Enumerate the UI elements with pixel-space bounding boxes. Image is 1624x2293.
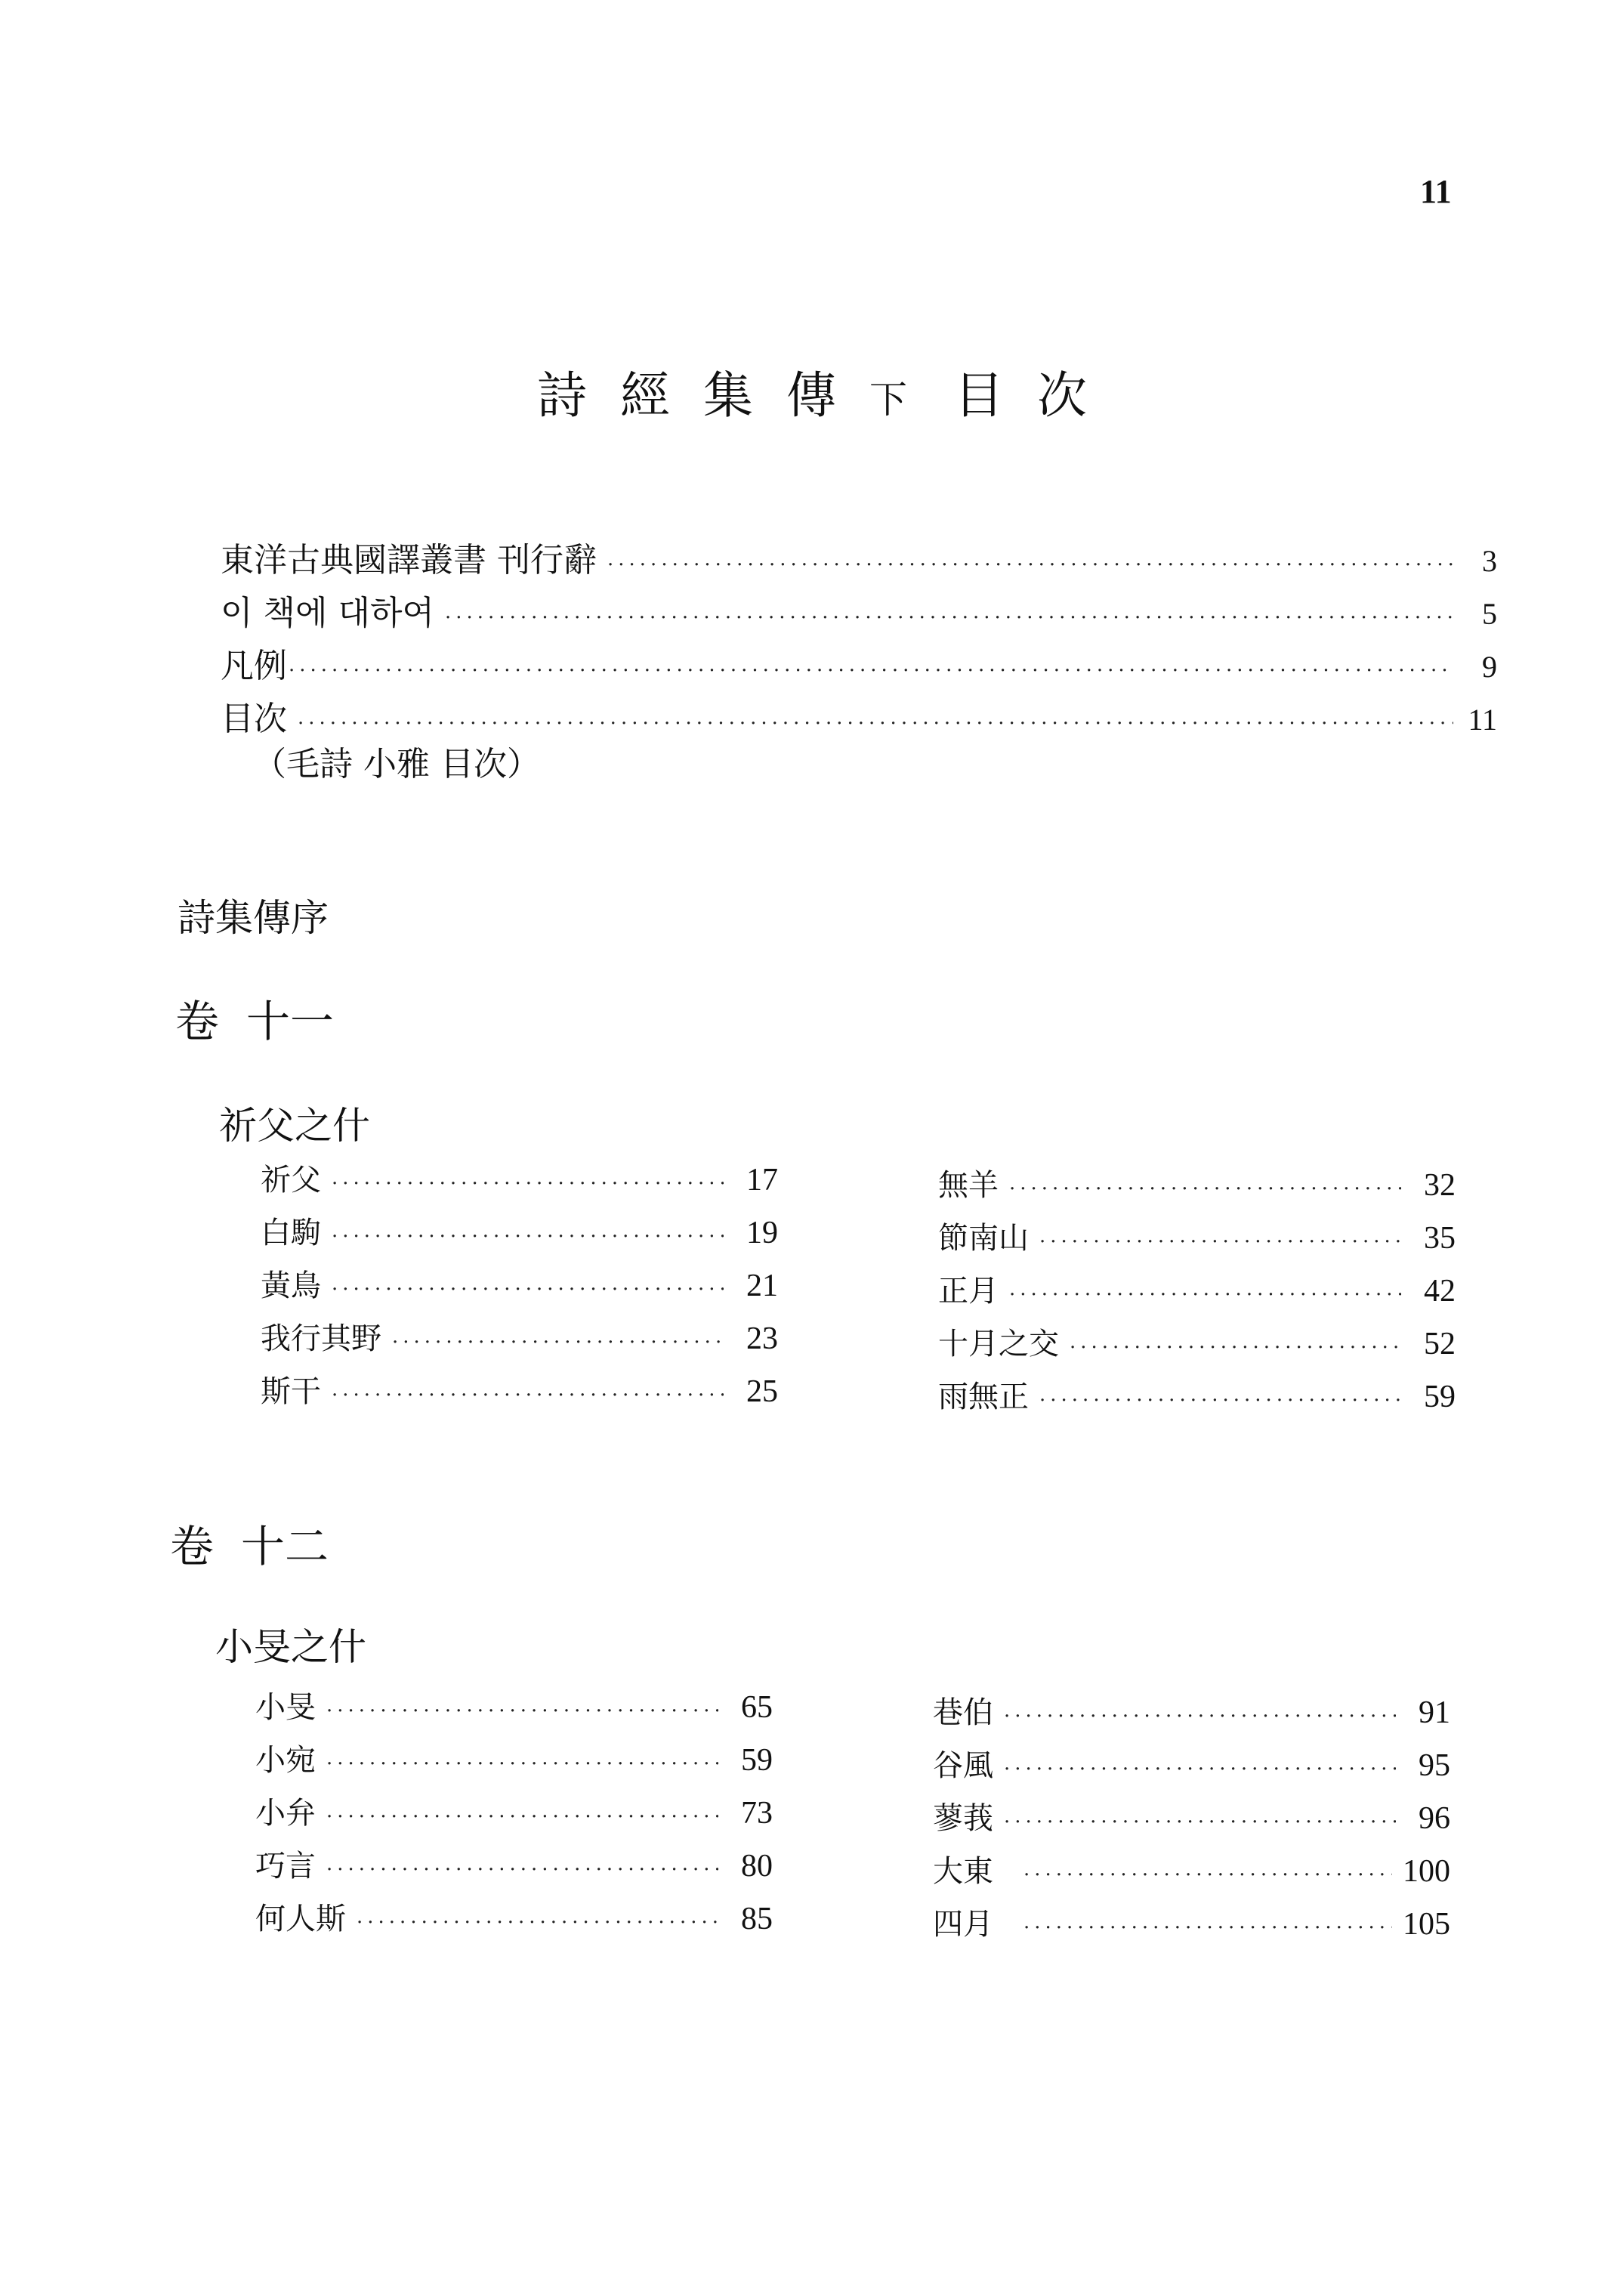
toc-entry-label: 黃鳥	[261, 1262, 321, 1305]
toc-entry-label: 斯干	[261, 1367, 321, 1411]
toc-entry-label: 十月之交	[938, 1320, 1059, 1363]
toc-entry[interactable]: 白駒19	[261, 1209, 778, 1262]
toc-entry[interactable]: 正月42	[938, 1267, 1456, 1320]
toc-entry[interactable]: 四月105	[933, 1900, 1450, 1953]
toc-entry[interactable]: 小旻65	[255, 1683, 773, 1736]
toc-entry-label: 何人斯	[255, 1895, 346, 1938]
front-note: （毛詩 小雅 目次）	[253, 737, 540, 785]
leader-dots	[1039, 1391, 1401, 1411]
toc-entry-label: 凡例	[221, 638, 287, 687]
preface-heading[interactable]: 詩集傳序	[178, 888, 329, 942]
toc-entry-page: 42	[1412, 1273, 1456, 1309]
toc-entry-label: 大東	[933, 1847, 993, 1890]
toc-entry-page: 80	[729, 1848, 773, 1884]
leader-dots	[326, 1754, 718, 1774]
leader-dots	[1023, 1918, 1392, 1938]
toc-entry-page: 17	[734, 1162, 778, 1198]
leader-dots	[445, 608, 1453, 628]
toc-entry-page: 105	[1403, 1906, 1450, 1942]
front-matter-list: 東洋古典國譯叢書 刊行辭 3 이 책에 대하여 5 凡例 9 目次 11	[221, 533, 1497, 744]
toc-column-right: 巷伯91 谷風95 蓼莪96 大東100 四月105	[933, 1689, 1450, 1953]
toc-entry-page: 73	[729, 1795, 773, 1831]
volume-heading: 卷十一	[175, 986, 334, 1049]
leader-dots	[1004, 1812, 1396, 1832]
toc-entry-label: 谷風	[933, 1741, 993, 1785]
leader-dots	[332, 1174, 724, 1194]
section-heading: 祈父之什	[219, 1096, 370, 1150]
leader-dots	[332, 1280, 724, 1299]
toc-entry-page: 3	[1464, 543, 1497, 579]
toc-entry[interactable]: 이 책에 대하여 5	[221, 586, 1497, 638]
toc-entry[interactable]: 谷風95	[933, 1741, 1450, 1794]
toc-entry[interactable]: 小弁73	[255, 1789, 773, 1842]
leader-dots	[332, 1227, 724, 1247]
title-char: 詩	[537, 355, 587, 427]
leader-dots	[1070, 1338, 1401, 1358]
toc-entry-label: 正月	[938, 1267, 999, 1310]
toc-entry-label: 四月	[933, 1900, 993, 1943]
toc-entry-page: 19	[734, 1215, 778, 1251]
toc-entry-label: 節南山	[938, 1214, 1029, 1257]
leader-dots	[1039, 1232, 1401, 1252]
toc-entry-page: 5	[1464, 596, 1497, 632]
toc-entry-page: 59	[729, 1742, 773, 1778]
leader-dots	[607, 555, 1453, 575]
toc-entry[interactable]: 大東100	[933, 1847, 1450, 1900]
toc-entry-label: 巷伯	[933, 1689, 993, 1732]
volume-number: 十一	[246, 996, 334, 1047]
toc-entry[interactable]: 我行其野23	[261, 1315, 778, 1367]
toc-entry-page: 85	[729, 1901, 773, 1937]
toc-entry[interactable]: 十月之交52	[938, 1320, 1456, 1373]
toc-entry[interactable]: 巷伯91	[933, 1689, 1450, 1741]
toc-column-left: 祈父17 白駒19 黃鳥21 我行其野23 斯干25	[261, 1156, 778, 1420]
leader-dots	[1009, 1179, 1401, 1199]
toc-entry-page: 65	[729, 1689, 773, 1726]
section-heading: 小旻之什	[215, 1617, 366, 1671]
toc-entry-page: 95	[1406, 1748, 1450, 1784]
toc-entry-label: 目次	[221, 691, 287, 740]
toc-entry[interactable]: 雨無正59	[938, 1373, 1456, 1426]
toc-entry[interactable]: 斯干25	[261, 1367, 778, 1420]
toc-entry-label: 小弁	[255, 1789, 316, 1832]
toc-entry-page: 11	[1464, 702, 1497, 737]
leader-dots	[357, 1913, 718, 1933]
toc-entry-label: 白駒	[261, 1209, 321, 1252]
leader-dots	[1009, 1285, 1401, 1305]
toc-entry-label: 我行其野	[261, 1315, 381, 1358]
title-volume: 下	[869, 369, 907, 424]
toc-entry-page: 91	[1406, 1695, 1450, 1731]
volume-label: 卷	[175, 996, 219, 1047]
leader-dots	[326, 1807, 718, 1827]
toc-entry-page: 21	[734, 1268, 778, 1304]
toc-entry-label: 巧言	[255, 1842, 316, 1885]
title-char: 集	[703, 355, 753, 427]
toc-entry[interactable]: 蓼莪96	[933, 1794, 1450, 1847]
toc-entry-label: 雨無正	[938, 1373, 1029, 1416]
toc-entry-page: 23	[734, 1321, 778, 1357]
toc-entry-page: 59	[1412, 1379, 1456, 1415]
toc-entry-label: 蓼莪	[933, 1794, 993, 1837]
toc-entry[interactable]: 何人斯85	[255, 1895, 773, 1948]
page-number: 11	[1420, 172, 1452, 211]
title-char: 傳	[786, 355, 836, 427]
toc-column-left: 小旻65 小宛59 小弁73 巧言80 何人斯85	[255, 1683, 773, 1948]
leader-dots	[1023, 1865, 1392, 1885]
leader-dots	[332, 1386, 724, 1405]
leader-dots	[298, 714, 1453, 734]
toc-entry[interactable]: 祈父17	[261, 1156, 778, 1209]
toc-entry-page: 35	[1412, 1220, 1456, 1256]
leader-dots	[326, 1860, 718, 1880]
toc-entry-label: 無羊	[938, 1161, 999, 1204]
toc-entry-label: 이 책에 대하여	[221, 586, 434, 634]
toc-entry-page: 96	[1406, 1800, 1450, 1837]
title-char: 次	[1037, 355, 1087, 427]
toc-entry-label: 祈父	[261, 1156, 321, 1199]
toc-entry[interactable]: 節南山35	[938, 1214, 1456, 1267]
volume-label: 卷	[170, 1521, 214, 1572]
volume-heading: 卷十二	[170, 1511, 329, 1575]
toc-entry[interactable]: 黃鳥21	[261, 1262, 778, 1315]
leader-dots	[1004, 1707, 1396, 1726]
toc-entry-page: 32	[1412, 1167, 1456, 1204]
toc-entry[interactable]: 小宛59	[255, 1736, 773, 1789]
page-title: 詩經集傳下目次	[0, 355, 1624, 427]
toc-entry-label: 小宛	[255, 1736, 316, 1779]
toc-entry[interactable]: 東洋古典國譯叢書 刊行辭 3	[221, 533, 1497, 586]
title-char: 目	[954, 355, 1004, 427]
toc-entry[interactable]: 無羊32	[938, 1161, 1456, 1214]
toc-entry-page: 25	[734, 1374, 778, 1410]
leader-dots	[326, 1701, 718, 1721]
leader-dots	[1004, 1760, 1396, 1779]
toc-entry-page: 100	[1403, 1853, 1450, 1890]
toc-entry[interactable]: 凡例 9	[221, 638, 1497, 691]
leader-dots	[289, 661, 1453, 681]
toc-entry-label: 小旻	[255, 1683, 316, 1726]
volume-number: 十二	[241, 1521, 329, 1572]
leader-dots	[392, 1333, 724, 1352]
toc-entry[interactable]: 巧言80	[255, 1842, 773, 1895]
toc-column-right: 無羊32 節南山35 正月42 十月之交52 雨無正59	[938, 1161, 1456, 1426]
toc-entry-page: 52	[1412, 1326, 1456, 1362]
toc-entry-label: 東洋古典國譯叢書 刊行辭	[221, 533, 597, 581]
toc-entry-page: 9	[1464, 649, 1497, 685]
title-char: 經	[620, 355, 670, 427]
